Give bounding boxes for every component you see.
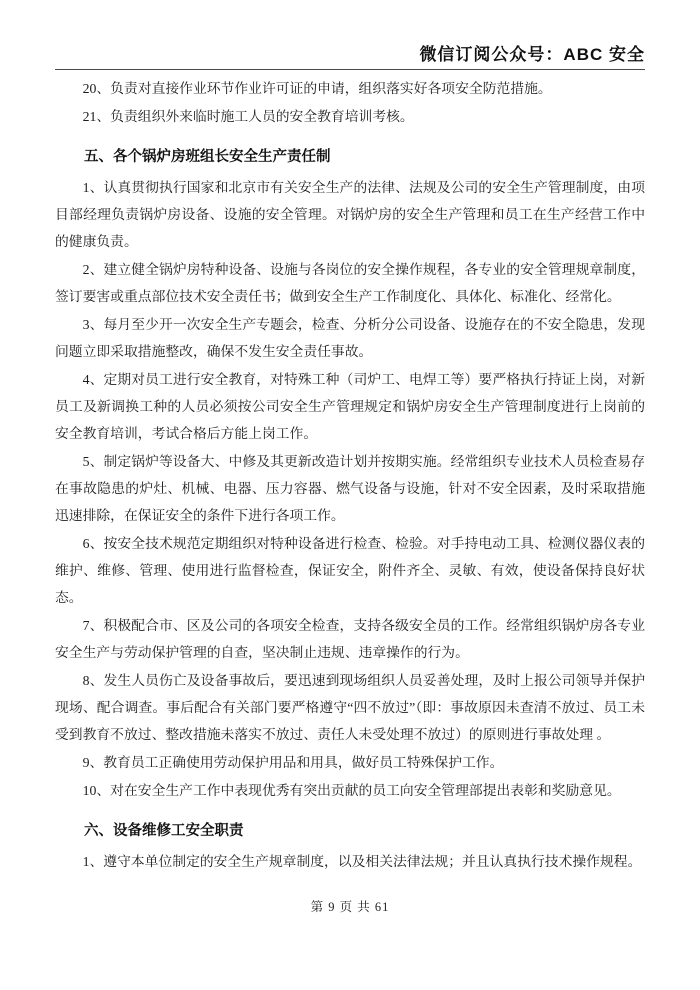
- list-item-21: 21、负责组织外来临时施工人员的安全教育培训考核。: [55, 103, 645, 130]
- list-item: 9、教育员工正确使用劳动保护用品和用具，做好员工特殊保护工作。: [55, 749, 645, 776]
- document-page: 微信订阅公众号：ABC 安全 20、负责对直接作业环节作业许可证的申请，组织落实…: [0, 0, 700, 990]
- page-footer: 第 9 页 共 61: [0, 897, 700, 915]
- list-item: 8、发生人员伤亡及设备事故后，要迅速到现场组织人员妥善处理，及时上报公司领导并保…: [55, 667, 645, 748]
- list-item: 7、积极配合市、区及公司的各项安全检查，支持各级安全员的工作。经常组织锅炉房各专…: [55, 612, 645, 666]
- list-item: 1、遵守本单位制定的安全生产规章制度，以及相关法律法规；并且认真执行技术操作规程…: [55, 848, 645, 875]
- page-header: 微信订阅公众号：ABC 安全: [0, 0, 700, 65]
- page-number: 第 9 页 共 61: [311, 900, 390, 914]
- section-heading-6: 六、设备维修工安全职责: [55, 818, 645, 845]
- list-item-20: 20、负责对直接作业环节作业许可证的申请，组织落实好各项安全防范措施。: [55, 75, 645, 102]
- list-item: 10、对在安全生产工作中表现优秀有突出贡献的员工向安全管理部提出表彰和奖励意见。: [55, 777, 645, 804]
- list-item: 1、认真贯彻执行国家和北京市有关安全生产的法律、法规及公司的安全生产管理制度，由…: [55, 174, 645, 255]
- list-item: 3、每月至少开一次安全生产专题会，检查、分析分公司设备、设施存在的不安全隐患，发…: [55, 311, 645, 365]
- list-item: 5、制定锅炉等设备大、中修及其更新改造计划并按期实施。经常组织专业技术人员检查易…: [55, 448, 645, 529]
- wechat-account-label: 微信订阅公众号：ABC 安全: [419, 45, 645, 64]
- list-item: 4、定期对员工进行安全教育，对特殊工种（司炉工、电焊工等）要严格执行持证上岗，对…: [55, 366, 645, 447]
- list-item: 2、建立健全锅炉房特种设备、设施与各岗位的安全操作规程，各专业的安全管理规章制度…: [55, 256, 645, 310]
- header-rule: [55, 69, 645, 70]
- document-body: 20、负责对直接作业环节作业许可证的申请，组织落实好各项安全防范措施。 21、负…: [55, 75, 645, 875]
- section-heading-5: 五、各个锅炉房班组长安全生产责任制: [55, 144, 645, 171]
- list-item: 6、按安全技术规范定期组织对特种设备进行检查、检验。对手持电动工具、检测仪器仪表…: [55, 530, 645, 611]
